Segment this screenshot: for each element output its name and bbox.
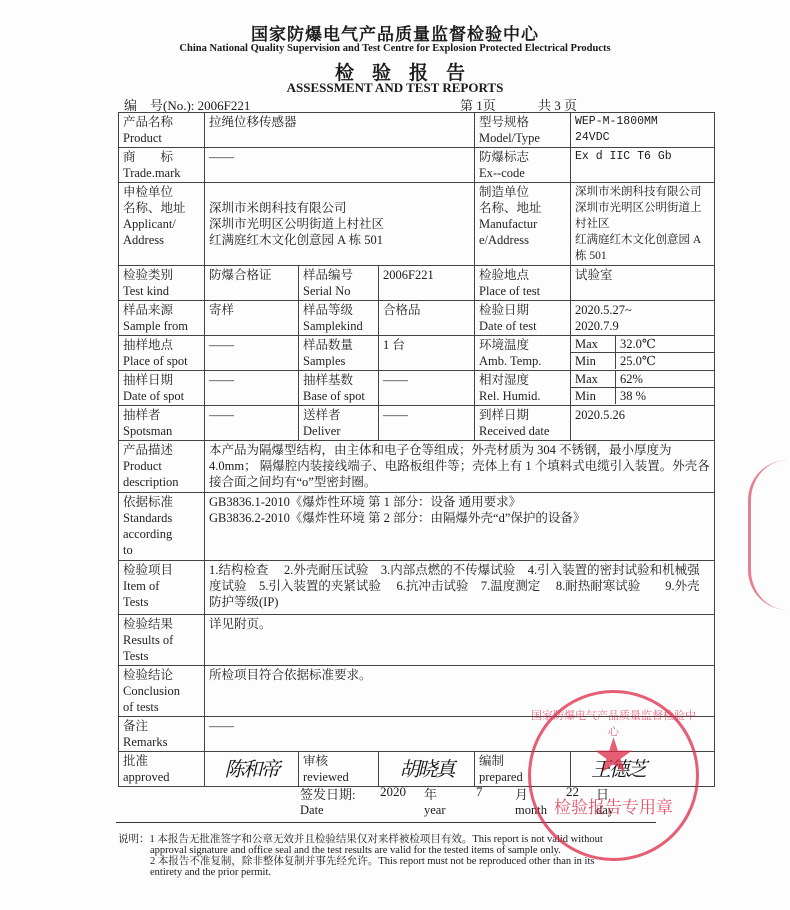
issue-year-cn: 年 [424,784,437,803]
test-kind-label: 检验类别Test kind [119,266,205,301]
trademark-value: —— [205,148,475,183]
row-applicant: 申检单位名称、地址Applicant/Address 深圳市米朗科技有限公司深圳… [119,183,715,266]
description-value: 本产品为隔爆型结构，由主体和电子仓等组成；外壳材质为 304 不锈钢，最小厚度为… [205,441,715,493]
conclusion-label: 检验结论Conclusionof tests [119,666,205,717]
date-of-test-label: 检验日期Date of test [475,301,571,336]
note-2-cont: entirety and the prior permit. [118,867,678,878]
samples-label: 样品数量Samples [299,336,379,371]
amb-temp-label: 环境温度Amb. Temp. [475,336,571,371]
row-date-of-spot: 抽样日期Date of spot —— 抽样基数Base of spot —— … [119,371,715,406]
rel-humid-label: 相对湿度Rel. Humid. [475,371,571,406]
issue-year: 2020 [380,784,406,800]
samplekind-value: 合格品 [379,301,475,336]
row-standards: 依据标准Standardsaccordingto GB3836.1-2010《爆… [119,493,715,561]
issue-month: 7 [476,784,483,800]
base-of-spot-label: 抽样基数Base of spot [299,371,379,406]
base-of-spot-value: —— [379,371,475,406]
items-label: 检验项目Item ofTests [119,561,205,615]
note-1: 1 本报告无批准签字和公章无效并且检验结果仅对来样被检项目有效。This rep… [150,834,603,845]
deliver-label: 送样者Deliver [299,406,379,441]
approved-label: 批准approved [119,752,205,787]
test-kind-value: 防爆合格证 [205,266,299,301]
issue-month-cn: 月 [515,784,528,803]
rel-humid-max: 62% [616,371,715,388]
issue-date-label: 签发日期: [300,784,356,803]
row-description: 产品描述Productdescription 本产品为隔爆型结构，由主体和电子仓… [119,441,715,493]
partial-seal [748,460,790,610]
row-items: 检验项目Item ofTests 1.结构检查 2.外壳耐压试验 3.内部点燃的… [119,561,715,615]
report-number-value: 2006F221 [198,98,251,113]
amb-temp-values: Max32.0℃ Min25.0℃ [571,336,715,371]
samplekind-label: 样品等级Samplekind [299,301,379,336]
seal-center-text: 检验报告专用章 [531,793,696,818]
row-product: 产品名称Product 拉绳位移传感器 型号规格Model/Type WEP-M… [119,113,715,148]
description-label: 产品描述Productdescription [119,441,205,493]
date-of-spot-value: —— [205,371,299,406]
org-name-cn: 国家防爆电气产品质量监督检验中心 [0,20,790,45]
amb-temp-min-label: Min [571,353,616,370]
star-icon: ★ [592,733,635,781]
date-of-spot-label: 抽样日期Date of spot [119,371,205,406]
org-name-en: China National Quality Supervision and T… [0,43,790,54]
issue-date-label-en: Date [300,803,324,818]
serial-no-value: 2006F221 [379,266,475,301]
row-sample-from: 样品来源Sample from 寄样 样品等级Samplekind 合格品 检验… [119,301,715,336]
rel-humid-max-label: Max [571,371,616,388]
notes-label: 说明： [118,834,150,845]
official-seal: 国家防爆电气产品质量监督检验中心 ★ 检验报告专用章 [528,690,699,861]
approved-signature: 陈和帝 [205,752,299,787]
rel-humid-min-label: Min [571,388,616,405]
row-results: 检验结果Results ofTests 详见附页。 [119,615,715,666]
spotsman-value: —— [205,406,299,441]
results-label: 检验结果Results ofTests [119,615,205,666]
received-date-value: 2020.5.26 [571,406,715,441]
reviewed-label: 审核reviewed [299,752,379,787]
received-date-label: 到样日期Received date [475,406,571,441]
product-value: 拉绳位移传感器 [205,113,475,148]
amb-temp-min: 25.0℃ [616,353,715,370]
row-place-of-spot: 抽样地点Place of spot —— 样品数量Samples 1 台 环境温… [119,336,715,371]
results-value: 详见附页。 [205,615,715,666]
product-label: 产品名称Product [119,113,205,148]
deliver-value: —— [379,406,475,441]
excode-value: Ex d IIC T6 Gb [571,148,715,183]
sample-from-value: 寄样 [205,301,299,336]
model-label: 型号规格Model/Type [475,113,571,148]
sample-from-label: 样品来源Sample from [119,301,205,336]
place-of-test-value: 试验室 [571,266,715,301]
amb-temp-max: 32.0℃ [616,336,715,353]
model-value: WEP-M-1800MM 24VDC [571,113,715,148]
row-trademark: 商 标Trade.mark —— 防爆标志Ex--code Ex d IIC T… [119,148,715,183]
items-value: 1.结构检查 2.外壳耐压试验 3.内部点燃的不传爆试验 4.引入装置的密封试验… [205,561,715,615]
place-of-spot-value: —— [205,336,299,371]
report-table: 产品名称Product 拉绳位移传感器 型号规格Model/Type WEP-M… [118,112,715,787]
excode-label: 防爆标志Ex--code [475,148,571,183]
rel-humid-values: Max62% Min38 % [571,371,715,406]
standards-value: GB3836.1-2010《爆炸性环境 第 1 部分：设备 通用要求》GB383… [205,493,715,561]
date-of-test-value: 2020.5.27~2020.7.9 [571,301,715,336]
issue-year-en: year [424,803,446,818]
report-number-label: 编 号(No.): [124,98,194,113]
remarks-label: 备注Remarks [119,717,205,752]
manufacturer-label: 制造单位名称、地址Manufacture/Address [475,183,571,266]
applicant-value: 深圳市米朗科技有限公司深圳市光明区公明街道上村社区红满庭红木文化创意园 A 栋 … [205,183,475,266]
samples-value: 1 台 [379,336,475,371]
amb-temp-max-label: Max [571,336,616,353]
rel-humid-min: 38 % [616,388,715,405]
row-spotsman: 抽样者Spotsman —— 送样者Deliver —— 到样日期Receive… [119,406,715,441]
spotsman-label: 抽样者Spotsman [119,406,205,441]
applicant-label: 申检单位名称、地址Applicant/Address [119,183,205,266]
report-title-en: ASSESSMENT AND TEST REPORTS [0,80,790,96]
standards-label: 依据标准Standardsaccordingto [119,493,205,561]
serial-no-label: 样品编号Serial No [299,266,379,301]
place-of-spot-label: 抽样地点Place of spot [119,336,205,371]
trademark-label: 商 标Trade.mark [119,148,205,183]
reviewed-signature: 胡晓真 [379,752,475,787]
row-test-kind: 检验类别Test kind 防爆合格证 样品编号Serial No 2006F2… [119,266,715,301]
place-of-test-label: 检验地点Place of test [475,266,571,301]
manufacturer-value: 深圳市米朗科技有限公司深圳市光明区公明街道上村社区红满庭红木文化创意园 A 栋 … [571,183,715,266]
